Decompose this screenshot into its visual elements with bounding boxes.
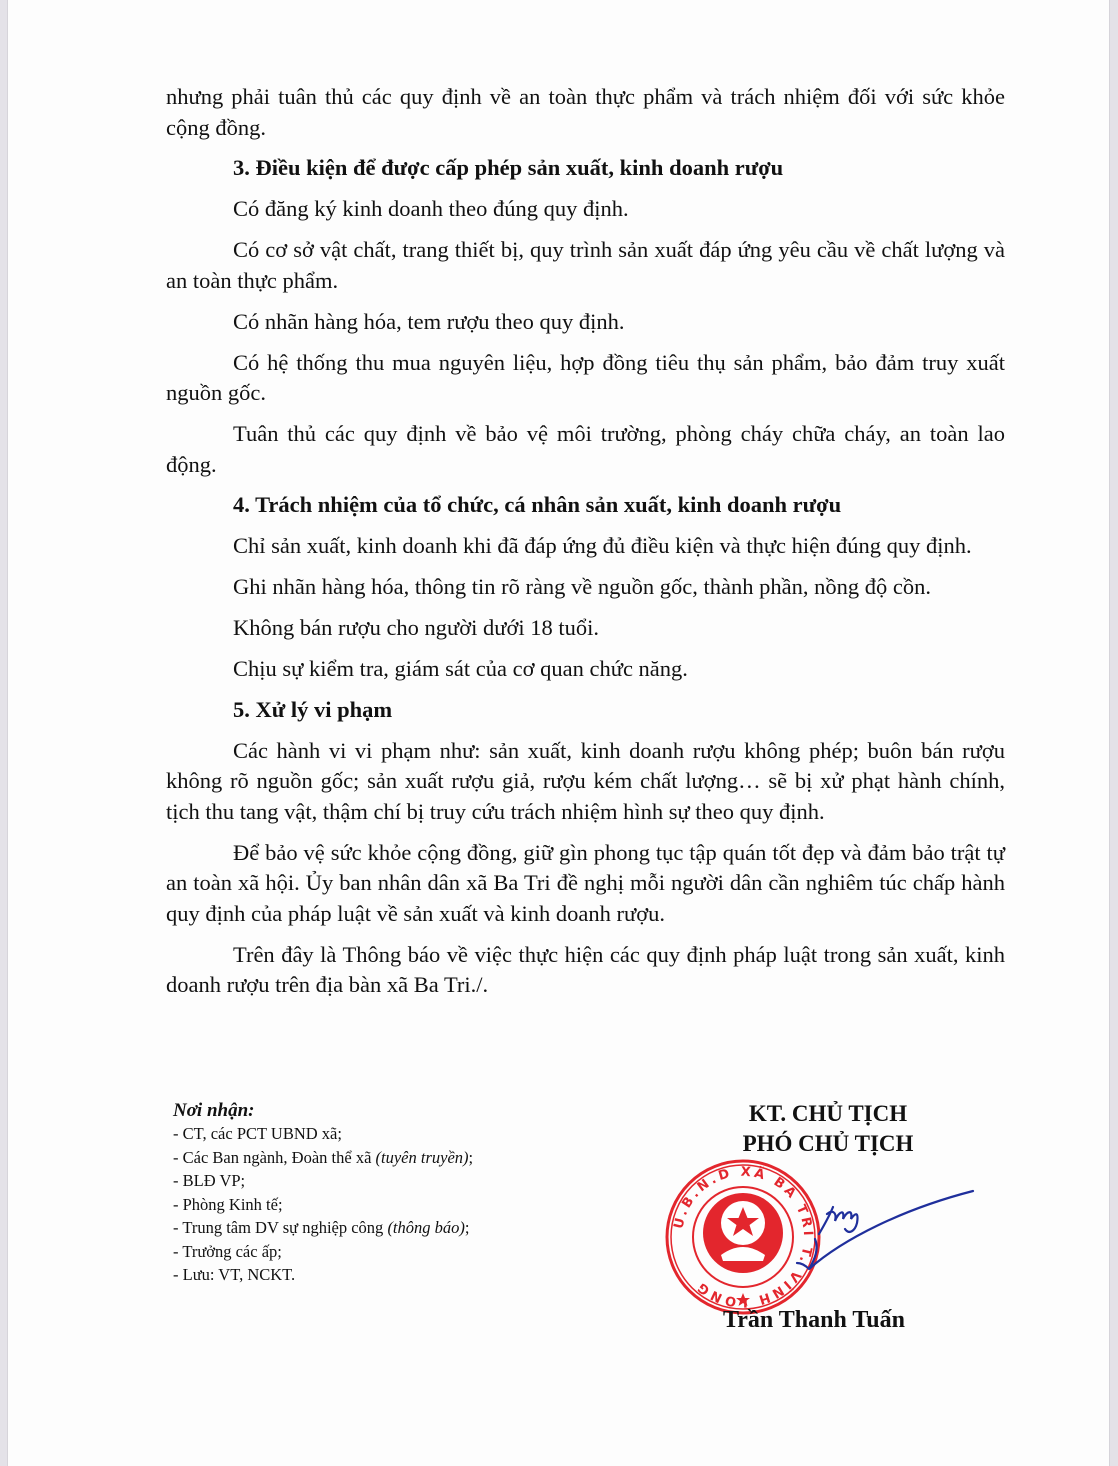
document-body: nhưng phải tuân thủ các quy định về an t… — [166, 82, 1005, 1001]
recipient-text: - CT, các PCT UBND xã; — [173, 1124, 342, 1143]
body-paragraph: Có cơ sở vật chất, trang thiết bị, quy t… — [166, 235, 1005, 296]
recipient-note: (tuyên truyền) — [376, 1148, 469, 1167]
signer-role-line2: PHÓ CHỦ TỊCH — [663, 1129, 993, 1159]
recipient-text: - Các Ban ngành, Đoàn thể xã — [173, 1148, 376, 1167]
recipient-note: (thông báo) — [387, 1218, 464, 1237]
signer-role-line1: KT. CHỦ TỊCH — [663, 1099, 993, 1129]
recipient-item: - Lưu: VT, NCKT. — [173, 1263, 603, 1287]
recipient-item: - Trưởng các ấp; — [173, 1240, 603, 1264]
section-heading: 3. Điều kiện để được cấp phép sản xuất, … — [166, 153, 1005, 184]
recipient-suffix: ; — [469, 1148, 474, 1167]
body-paragraph: Có hệ thống thu mua nguyên liệu, hợp đồn… — [166, 348, 1005, 409]
recipient-text: - Trung tâm DV sự nghiệp công — [173, 1218, 387, 1237]
body-paragraph: Có nhãn hàng hóa, tem rượu theo quy định… — [166, 307, 1005, 338]
handwritten-signature-icon — [793, 1179, 978, 1284]
recipient-suffix: ; — [465, 1218, 470, 1237]
recipient-item: - BLĐ VP; — [173, 1169, 603, 1193]
document-page: nhưng phải tuân thủ các quy định về an t… — [7, 0, 1110, 1466]
recipients-block: Nơi nhận: - CT, các PCT UBND xã;- Các Ba… — [173, 1099, 603, 1287]
body-paragraph: Tuân thủ các quy định về bảo vệ môi trườ… — [166, 419, 1005, 480]
body-paragraph: nhưng phải tuân thủ các quy định về an t… — [166, 82, 1005, 143]
body-paragraph: Để bảo vệ sức khỏe cộng đồng, giữ gìn ph… — [166, 838, 1005, 930]
recipient-text: - BLĐ VP; — [173, 1171, 245, 1190]
body-paragraph: Có đăng ký kinh doanh theo đúng quy định… — [166, 194, 1005, 225]
recipient-item: - Trung tâm DV sự nghiệp công (thông báo… — [173, 1216, 603, 1240]
body-paragraph: Chỉ sản xuất, kinh doanh khi đã đáp ứng … — [166, 531, 1005, 562]
recipient-item: - Các Ban ngành, Đoàn thể xã (tuyên truy… — [173, 1146, 603, 1170]
signer-name: Trần Thanh Tuấn — [723, 1307, 905, 1334]
signer-block: KT. CHỦ TỊCH PHÓ CHỦ TỊCH U.B.N.D XÃ BA … — [663, 1099, 993, 1159]
section-heading: 5. Xử lý vi phạm — [166, 695, 1005, 726]
section-heading: 4. Trách nhiệm của tổ chức, cá nhân sản … — [166, 490, 1005, 521]
body-paragraph: Chịu sự kiểm tra, giám sát của cơ quan c… — [166, 654, 1005, 685]
recipient-item: - Phòng Kinh tế; — [173, 1193, 603, 1217]
recipient-text: - Trưởng các ấp; — [173, 1242, 282, 1261]
document-footer: Nơi nhận: - CT, các PCT UBND xã;- Các Ba… — [173, 1099, 1013, 1349]
recipient-text: - Phòng Kinh tế; — [173, 1195, 283, 1214]
recipients-title: Nơi nhận: — [173, 1099, 603, 1122]
recipient-item: - CT, các PCT UBND xã; — [173, 1122, 603, 1146]
recipients-list: - CT, các PCT UBND xã;- Các Ban ngành, Đ… — [173, 1122, 603, 1287]
recipient-text: - Lưu: VT, NCKT. — [173, 1265, 295, 1284]
body-paragraph: Các hành vi vi phạm như: sản xuất, kinh … — [166, 736, 1005, 828]
body-paragraph: Không bán rượu cho người dưới 18 tuổi. — [166, 613, 1005, 644]
body-paragraph: Ghi nhãn hàng hóa, thông tin rõ ràng về … — [166, 572, 1005, 603]
body-paragraph: Trên đây là Thông báo về việc thực hiện … — [166, 940, 1005, 1001]
